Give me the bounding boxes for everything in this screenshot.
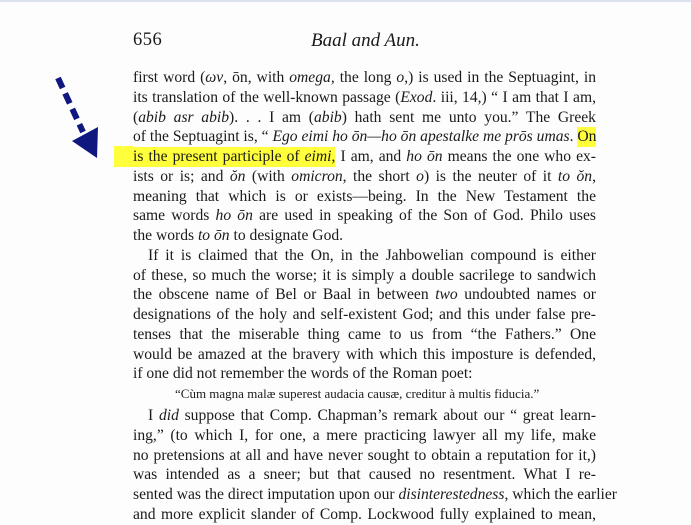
text-span: suppose that Comp. Chapman’s remark abou… xyxy=(179,407,596,424)
text-span: ing,” (to which I, for one, a mere pract… xyxy=(133,427,596,444)
text-span: ) is the neuter of it xyxy=(424,168,558,185)
text-span: ων xyxy=(205,69,223,86)
text-span: , which the earlier xyxy=(504,486,617,503)
text-span: ) hath sent me unto you.” The Greek xyxy=(342,109,596,126)
text-line: its translation of the well-known passag… xyxy=(133,88,596,107)
text-line: meaning that which is or exists—being. I… xyxy=(133,187,596,206)
text-span: If it is claimed that the On, in the Jah… xyxy=(148,247,596,264)
text-span: was intended as a sneer; but that caused… xyxy=(133,466,596,483)
text-span: ŏn xyxy=(230,168,246,185)
page-header: 656 Baal and Aun. xyxy=(133,30,596,54)
text-line: I did suppose that Comp. Chapman’s remar… xyxy=(133,406,596,425)
text-span: . iii, 14,) “ I am that I am, xyxy=(432,89,596,106)
viewer-top-border xyxy=(0,0,691,2)
highlighted-text: On xyxy=(577,127,596,147)
text-line: ing,” (to which I, for one, a mere pract… xyxy=(133,426,596,445)
text-span: , xyxy=(592,168,596,185)
text-line: was intended as a sneer; but that caused… xyxy=(133,465,596,484)
latin-quotation: “Cùm magna malæ superest audacia causæ, … xyxy=(175,386,570,402)
text-line: the obscene name of Bel or Baal in betwe… xyxy=(133,285,596,304)
text-line: designations of the holy and self-existe… xyxy=(133,305,596,324)
text-line: (abib asr abib). . . I am (abib) hath se… xyxy=(133,108,596,127)
text-span: did xyxy=(159,407,179,424)
text-span: to ŏn xyxy=(558,168,592,185)
text-line: and more explicit slander of Comp. Lockw… xyxy=(133,505,596,524)
text-line: first word (ων, ōn, with omega, the long… xyxy=(133,68,596,87)
text-span: to ōn xyxy=(198,227,230,244)
text-span: disinterestedness xyxy=(398,486,504,503)
text-line: of the Septuagint is, “ Ego eimi ho ōn—h… xyxy=(133,127,596,146)
text-line: ists or is; and ŏn (with omicron, the sh… xyxy=(133,167,596,186)
text-span: sented was the direct imputation upon ou… xyxy=(133,486,398,503)
text-span: of the Septuagint is, “ xyxy=(133,128,272,145)
text-span: abib asr abib xyxy=(138,109,229,126)
text-span: ho ōn xyxy=(406,148,442,165)
text-line: If it is claimed that the On, in the Jah… xyxy=(133,246,596,265)
text-span: ,) is used in the Septuagint, in xyxy=(404,69,596,86)
text-span: no pretensions at all and have never sou… xyxy=(133,447,596,464)
text-span: undoubted names or xyxy=(458,286,596,303)
text-span: would be amazed at the bravery with whic… xyxy=(133,346,596,363)
text-span: , ōn, with xyxy=(223,69,289,86)
text-span: meaning that which is or exists—being. I… xyxy=(133,188,596,205)
text-span: if one did not remember the words of the… xyxy=(133,365,473,382)
text-span: I am, and xyxy=(335,148,406,165)
text-line: of these, so much the worse; it is simpl… xyxy=(133,266,596,285)
text-span: tenses that the miserable thing came to … xyxy=(133,326,596,343)
text-line: sented was the direct imputation upon ou… xyxy=(133,485,596,504)
text-span: Exod xyxy=(400,89,432,106)
text-span: I xyxy=(148,407,159,424)
text-span: abib xyxy=(314,109,342,126)
text-span: , the long xyxy=(331,69,397,86)
running-title: Baal and Aun. xyxy=(311,30,420,52)
text-span: , the short xyxy=(343,168,416,185)
text-span: omicron xyxy=(291,168,342,185)
text-line: the words to ōn to designate God. xyxy=(133,226,596,245)
text-span: designations of the holy and self-existe… xyxy=(133,306,596,323)
text-span: to designate God. xyxy=(230,227,343,244)
text-span: Ego eimi ho ōn—ho ōn apestalke me prōs u… xyxy=(272,128,569,145)
text-span: means the one who ex- xyxy=(443,148,596,165)
text-span: the words xyxy=(133,227,198,244)
text-span: same words xyxy=(133,207,216,224)
page-number: 656 xyxy=(133,30,162,51)
text-line: tenses that the miserable thing came to … xyxy=(133,325,596,344)
text-line: same words ho ōn are used in speaking of… xyxy=(133,206,596,225)
text-span: ists or is; and xyxy=(133,168,230,185)
highlight-lead xyxy=(114,146,133,167)
text-line: is the present participle of eimi, I am,… xyxy=(133,147,596,166)
text-span: the obscene name of Bel or Baal in betwe… xyxy=(133,286,435,303)
text-span: first word ( xyxy=(133,69,205,86)
text-span: omega xyxy=(289,69,331,86)
highlighted-text: eimi xyxy=(305,147,332,167)
text-span: its translation of the well-known passag… xyxy=(133,89,400,106)
text-span: ho ōn xyxy=(216,207,253,224)
text-span: are used in speaking of the Son of God. … xyxy=(253,207,596,224)
text-line: if one did not remember the words of the… xyxy=(133,364,596,383)
text-span: o xyxy=(416,168,424,185)
text-span: and more explicit slander of Comp. Lockw… xyxy=(133,506,596,523)
text-span: two xyxy=(435,286,458,303)
text-span: of these, so much the worse; it is simpl… xyxy=(133,267,596,284)
text-line: would be amazed at the bravery with whic… xyxy=(133,345,596,364)
text-line: no pretensions at all and have never sou… xyxy=(133,446,596,465)
highlighted-text: is the present participle of xyxy=(133,147,305,167)
text-span: (with xyxy=(245,168,291,185)
text-span: ). . . I am ( xyxy=(229,109,314,126)
